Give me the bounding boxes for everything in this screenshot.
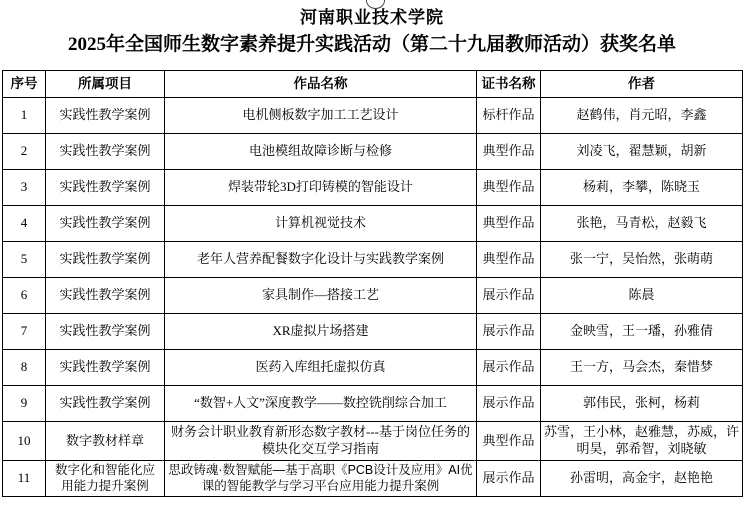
cell-cert: 典型作品 (477, 134, 541, 170)
cell-work: 电机侧板数字加工工艺设计 (165, 98, 477, 134)
cell-cert: 展示作品 (477, 314, 541, 350)
cell-work: 计算机视觉技术 (165, 206, 477, 242)
cell-project: 实践性教学案例 (46, 314, 165, 350)
column-header-work: 作品名称 (165, 71, 477, 98)
cell-cert: 标杆作品 (477, 98, 541, 134)
cell-no: 5 (3, 242, 46, 278)
cell-project: 实践性教学案例 (46, 350, 165, 386)
cell-work: 医药入库组托虚拟仿真 (165, 350, 477, 386)
table-row: 5实践性教学案例老年人营养配餐数字化设计与实践教学案例典型作品张一宁，吴怡然，张… (3, 242, 743, 278)
table-row: 4实践性教学案例计算机视觉技术典型作品张艳，马青松，赵毅飞 (3, 206, 743, 242)
document-title: 2025年全国师生数字素养提升实践活动（第二十九届教师活动）获奖名单 (0, 33, 744, 57)
cell-no: 7 (3, 314, 46, 350)
cell-project: 数字化和智能化应用能力提升案例 (46, 461, 165, 497)
cell-cert: 典型作品 (477, 206, 541, 242)
column-header-project: 所属项目 (46, 71, 165, 98)
awards-table: 序号所属项目作品名称证书名称作者 1实践性教学案例电机侧板数字加工工艺设计标杆作… (2, 70, 743, 497)
cell-cert: 典型作品 (477, 422, 541, 461)
cell-authors: 王一方，马会杰，秦惜梦 (541, 350, 743, 386)
cell-project: 实践性教学案例 (46, 278, 165, 314)
cell-work: 家具制作—搭接工艺 (165, 278, 477, 314)
cell-project: 实践性教学案例 (46, 206, 165, 242)
cell-cert: 展示作品 (477, 386, 541, 422)
column-header-no: 序号 (3, 71, 46, 98)
cell-work: 老年人营养配餐数字化设计与实践教学案例 (165, 242, 477, 278)
cell-authors: 金映雪，王一璠，孙雅倩 (541, 314, 743, 350)
table-row: 8实践性教学案例医药入库组托虚拟仿真展示作品王一方，马会杰，秦惜梦 (3, 350, 743, 386)
institution-title: 河南职业技术学院 (0, 7, 744, 28)
cell-authors: 刘凌飞，翟慧颖，胡新 (541, 134, 743, 170)
cell-project: 实践性教学案例 (46, 242, 165, 278)
table-row: 2实践性教学案例电池模组故障诊断与检修典型作品刘凌飞，翟慧颖，胡新 (3, 134, 743, 170)
cell-cert: 展示作品 (477, 461, 541, 497)
cell-no: 8 (3, 350, 46, 386)
cell-work: 电池模组故障诊断与检修 (165, 134, 477, 170)
cell-project: 实践性教学案例 (46, 134, 165, 170)
cell-work: 思政铸魂·数智赋能—基于高职《PCB设计及应用》AI优课的智能教学与学习平台应用… (165, 461, 477, 497)
table-body: 1实践性教学案例电机侧板数字加工工艺设计标杆作品赵鹤伟，肖元昭，李鑫2实践性教学… (3, 98, 743, 497)
table-row: 11数字化和智能化应用能力提升案例思政铸魂·数智赋能—基于高职《PCB设计及应用… (3, 461, 743, 497)
cell-authors: 孙雷明，高金宇，赵艳艳 (541, 461, 743, 497)
cell-authors: 张一宁，吴怡然，张萌萌 (541, 242, 743, 278)
cell-no: 10 (3, 422, 46, 461)
table-row: 3实践性教学案例焊装带轮3D打印铸模的智能设计典型作品杨莉，李攀，陈晓玉 (3, 170, 743, 206)
cell-work: XR虚拟片场搭建 (165, 314, 477, 350)
table-row: 10数字教材样章财务会计职业教育新形态数字教材---基于岗位任务的模块化交互学习… (3, 422, 743, 461)
cell-no: 4 (3, 206, 46, 242)
cell-cert: 展示作品 (477, 350, 541, 386)
cell-project: 实践性教学案例 (46, 98, 165, 134)
table-row: 1实践性教学案例电机侧板数字加工工艺设计标杆作品赵鹤伟，肖元昭，李鑫 (3, 98, 743, 134)
cell-work: 财务会计职业教育新形态数字教材---基于岗位任务的模块化交互学习指南 (165, 422, 477, 461)
table-row: 9实践性教学案例“数智+人文”深度教学——数控铣削综合加工展示作品郭伟民，张柯，… (3, 386, 743, 422)
cell-cert: 典型作品 (477, 170, 541, 206)
table-row: 7实践性教学案例XR虚拟片场搭建展示作品金映雪，王一璠，孙雅倩 (3, 314, 743, 350)
cell-no: 11 (3, 461, 46, 497)
cell-authors: 张艳，马青松，赵毅飞 (541, 206, 743, 242)
cell-authors: 杨莉，李攀，陈晓玉 (541, 170, 743, 206)
cell-project: 数字教材样章 (46, 422, 165, 461)
cell-work: 焊装带轮3D打印铸模的智能设计 (165, 170, 477, 206)
cell-authors: 苏雪，王小林，赵雅慧，苏威，许明昊，郭希智，刘晓敏 (541, 422, 743, 461)
cell-no: 6 (3, 278, 46, 314)
column-header-authors: 作者 (541, 71, 743, 98)
cell-no: 3 (3, 170, 46, 206)
table-header-row: 序号所属项目作品名称证书名称作者 (3, 71, 743, 98)
table-row: 6实践性教学案例家具制作—搭接工艺展示作品陈晨 (3, 278, 743, 314)
cell-cert: 展示作品 (477, 278, 541, 314)
cell-project: 实践性教学案例 (46, 170, 165, 206)
cell-authors: 赵鹤伟，肖元昭，李鑫 (541, 98, 743, 134)
cell-authors: 陈晨 (541, 278, 743, 314)
cell-cert: 典型作品 (477, 242, 541, 278)
cell-work: “数智+人文”深度教学——数控铣削综合加工 (165, 386, 477, 422)
cell-project: 实践性教学案例 (46, 386, 165, 422)
cell-authors: 郭伟民，张柯，杨莉 (541, 386, 743, 422)
cell-no: 9 (3, 386, 46, 422)
cell-no: 2 (3, 134, 46, 170)
column-header-cert: 证书名称 (477, 71, 541, 98)
cell-no: 1 (3, 98, 46, 134)
